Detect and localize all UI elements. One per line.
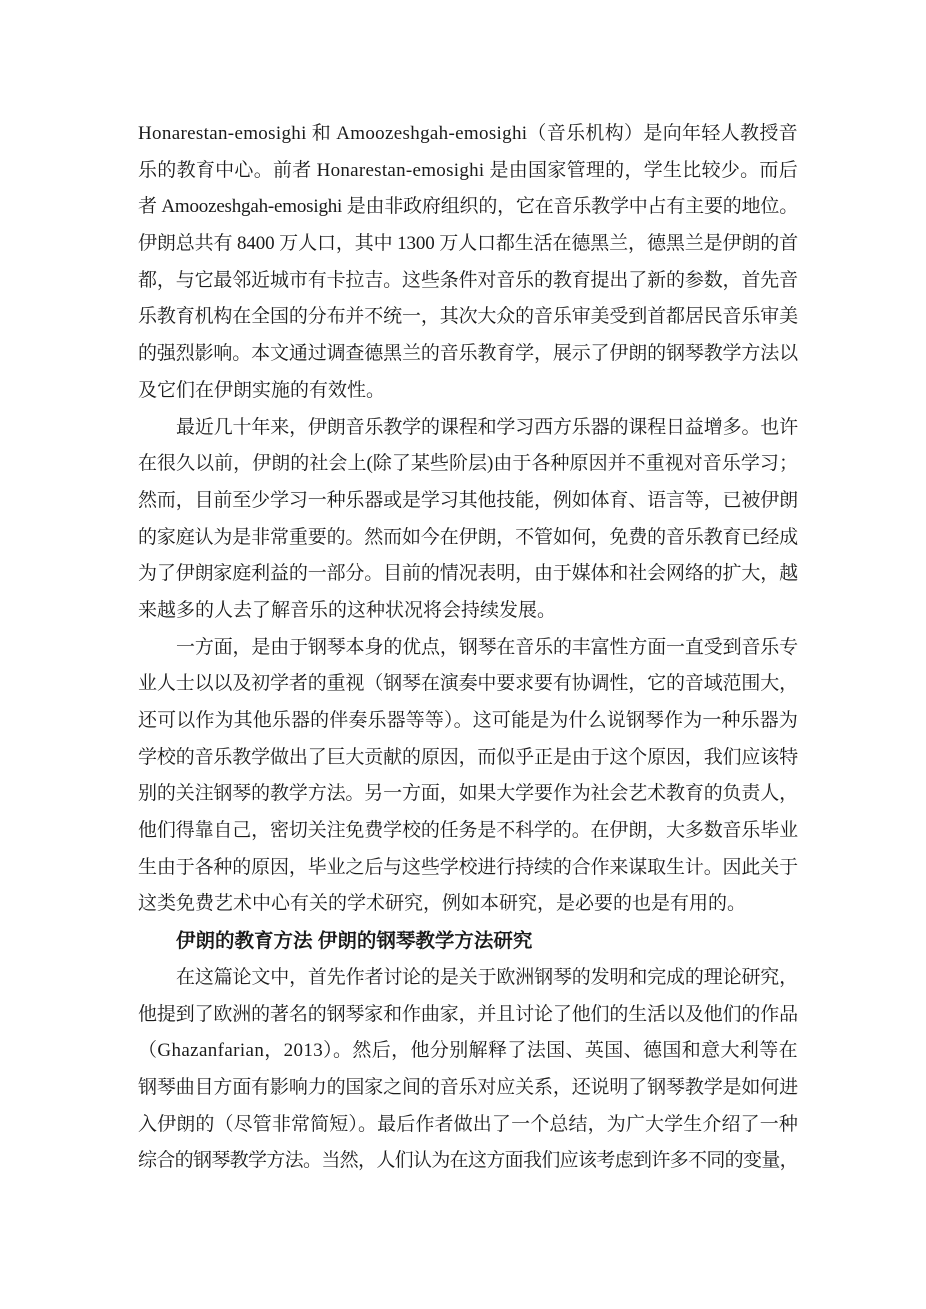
text-line: 业人士以以及初学者的重视（钢琴在演奏中要求要有协调性，它的音域范围大， xyxy=(138,666,798,703)
text-line: 的强烈影响。本文通过调查德黑兰的音乐教育学，展示了伊朗的钢琴教学方法以 xyxy=(138,336,798,373)
text-line: 乐教育机构在全国的分布并不统一，其次大众的音乐审美受到首都居民音乐审美 xyxy=(138,299,798,336)
text-line: 在很久以前，伊朗的社会上(除了某些阶层)由于各种原因并不重视对音乐学习； xyxy=(138,446,798,483)
paragraph-recent-decades: 最近几十年来，伊朗音乐教学的课程和学习西方乐器的课程日益增多。也许在很久以前，伊… xyxy=(138,410,798,630)
paragraph-thesis-overview: 在这篇论文中，首先作者讨论的是关于欧洲钢琴的发明和完成的理论研究，他提到了欧洲的… xyxy=(138,960,798,1180)
text-line: 学校的音乐教学做出了巨大贡献的原因，而似乎正是由于这个原因，我们应该特 xyxy=(138,740,798,777)
text-line: 一方面，是由于钢琴本身的优点，钢琴在音乐的丰富性方面一直受到音乐专 xyxy=(138,630,798,667)
text-line: 伊朗总共有 8400 万人口，其中 1300 万人口都生活在德黑兰，德黑兰是伊朗… xyxy=(138,226,798,263)
text-line: 及它们在伊朗实施的有效性。 xyxy=(138,373,798,410)
text-line: 他提到了欧洲的著名的钢琴家和作曲家，并且讨论了他们的生活以及他们的作品 xyxy=(138,997,798,1034)
text-line: 乐的教育中心。前者 Honarestan-emosighi 是由国家管理的，学生… xyxy=(138,153,798,190)
section-heading-iran-education-methods: 伊朗的教育方法 伊朗的钢琴教学方法研究 xyxy=(138,923,798,960)
text-line: （Ghazanfarian，2013）。然后，他分别解释了法国、英国、德国和意大… xyxy=(138,1033,798,1070)
text-line: 还可以作为其他乐器的伴奏乐器等等）。这可能是为什么说钢琴作为一种乐器为 xyxy=(138,703,798,740)
text-line: 在这篇论文中，首先作者讨论的是关于欧洲钢琴的发明和完成的理论研究， xyxy=(138,960,798,997)
heading-line: 伊朗的教育方法 伊朗的钢琴教学方法研究 xyxy=(138,923,798,960)
text-line: 生由于各种的原因，毕业之后与这些学校进行持续的合作来谋取生计。因此关于 xyxy=(138,850,798,887)
paragraph-music-institutions: Honarestan-emosighi 和 Amoozeshgah-emosig… xyxy=(138,116,798,410)
text-line: 然而，目前至少学习一种乐器或是学习其他技能，例如体育、语言等，已被伊朗 xyxy=(138,483,798,520)
text-line: 别的关注钢琴的教学方法。另一方面，如果大学要作为社会艺术教育的负责人， xyxy=(138,776,798,813)
text-line: 都，与它最邻近城市有卡拉吉。这些条件对音乐的教育提出了新的参数，首先音 xyxy=(138,263,798,300)
text-line: 的家庭认为是非常重要的。然而如今在伊朗，不管如何，免费的音乐教育已经成 xyxy=(138,520,798,557)
text-line: 最近几十年来，伊朗音乐教学的课程和学习西方乐器的课程日益增多。也许 xyxy=(138,410,798,447)
text-line: 钢琴曲目方面有影响力的国家之间的音乐对应关系，还说明了钢琴教学是如何进 xyxy=(138,1070,798,1107)
text-line: 来越多的人去了解音乐的这种状况将会持续发展。 xyxy=(138,593,798,630)
text-line: 他们得靠自己，密切关注免费学校的任务是不科学的。在伊朗，大多数音乐毕业 xyxy=(138,813,798,850)
text-line: 为了伊朗家庭利益的一部分。目前的情况表明，由于媒体和社会网络的扩大，越 xyxy=(138,556,798,593)
text-line: Honarestan-emosighi 和 Amoozeshgah-emosig… xyxy=(138,116,798,153)
text-line: 者 Amoozeshgah-emosighi 是由非政府组织的，它在音乐教学中占… xyxy=(138,189,798,226)
text-line: 综合的钢琴教学方法。当然，人们认为在这方面我们应该考虑到许多不同的变量， xyxy=(138,1143,798,1180)
text-line: 这类免费艺术中心有关的学术研究，例如本研究，是必要的也是有用的。 xyxy=(138,886,798,923)
document-page: Honarestan-emosighi 和 Amoozeshgah-emosig… xyxy=(0,0,926,1309)
paragraph-piano-advantages: 一方面，是由于钢琴本身的优点，钢琴在音乐的丰富性方面一直受到音乐专业人士以以及初… xyxy=(138,630,798,924)
document-text-block: Honarestan-emosighi 和 Amoozeshgah-emosig… xyxy=(138,116,798,1180)
text-line: 入伊朗的（尽管非常简短）。最后作者做出了一个总结，为广大学生介绍了一种 xyxy=(138,1107,798,1144)
